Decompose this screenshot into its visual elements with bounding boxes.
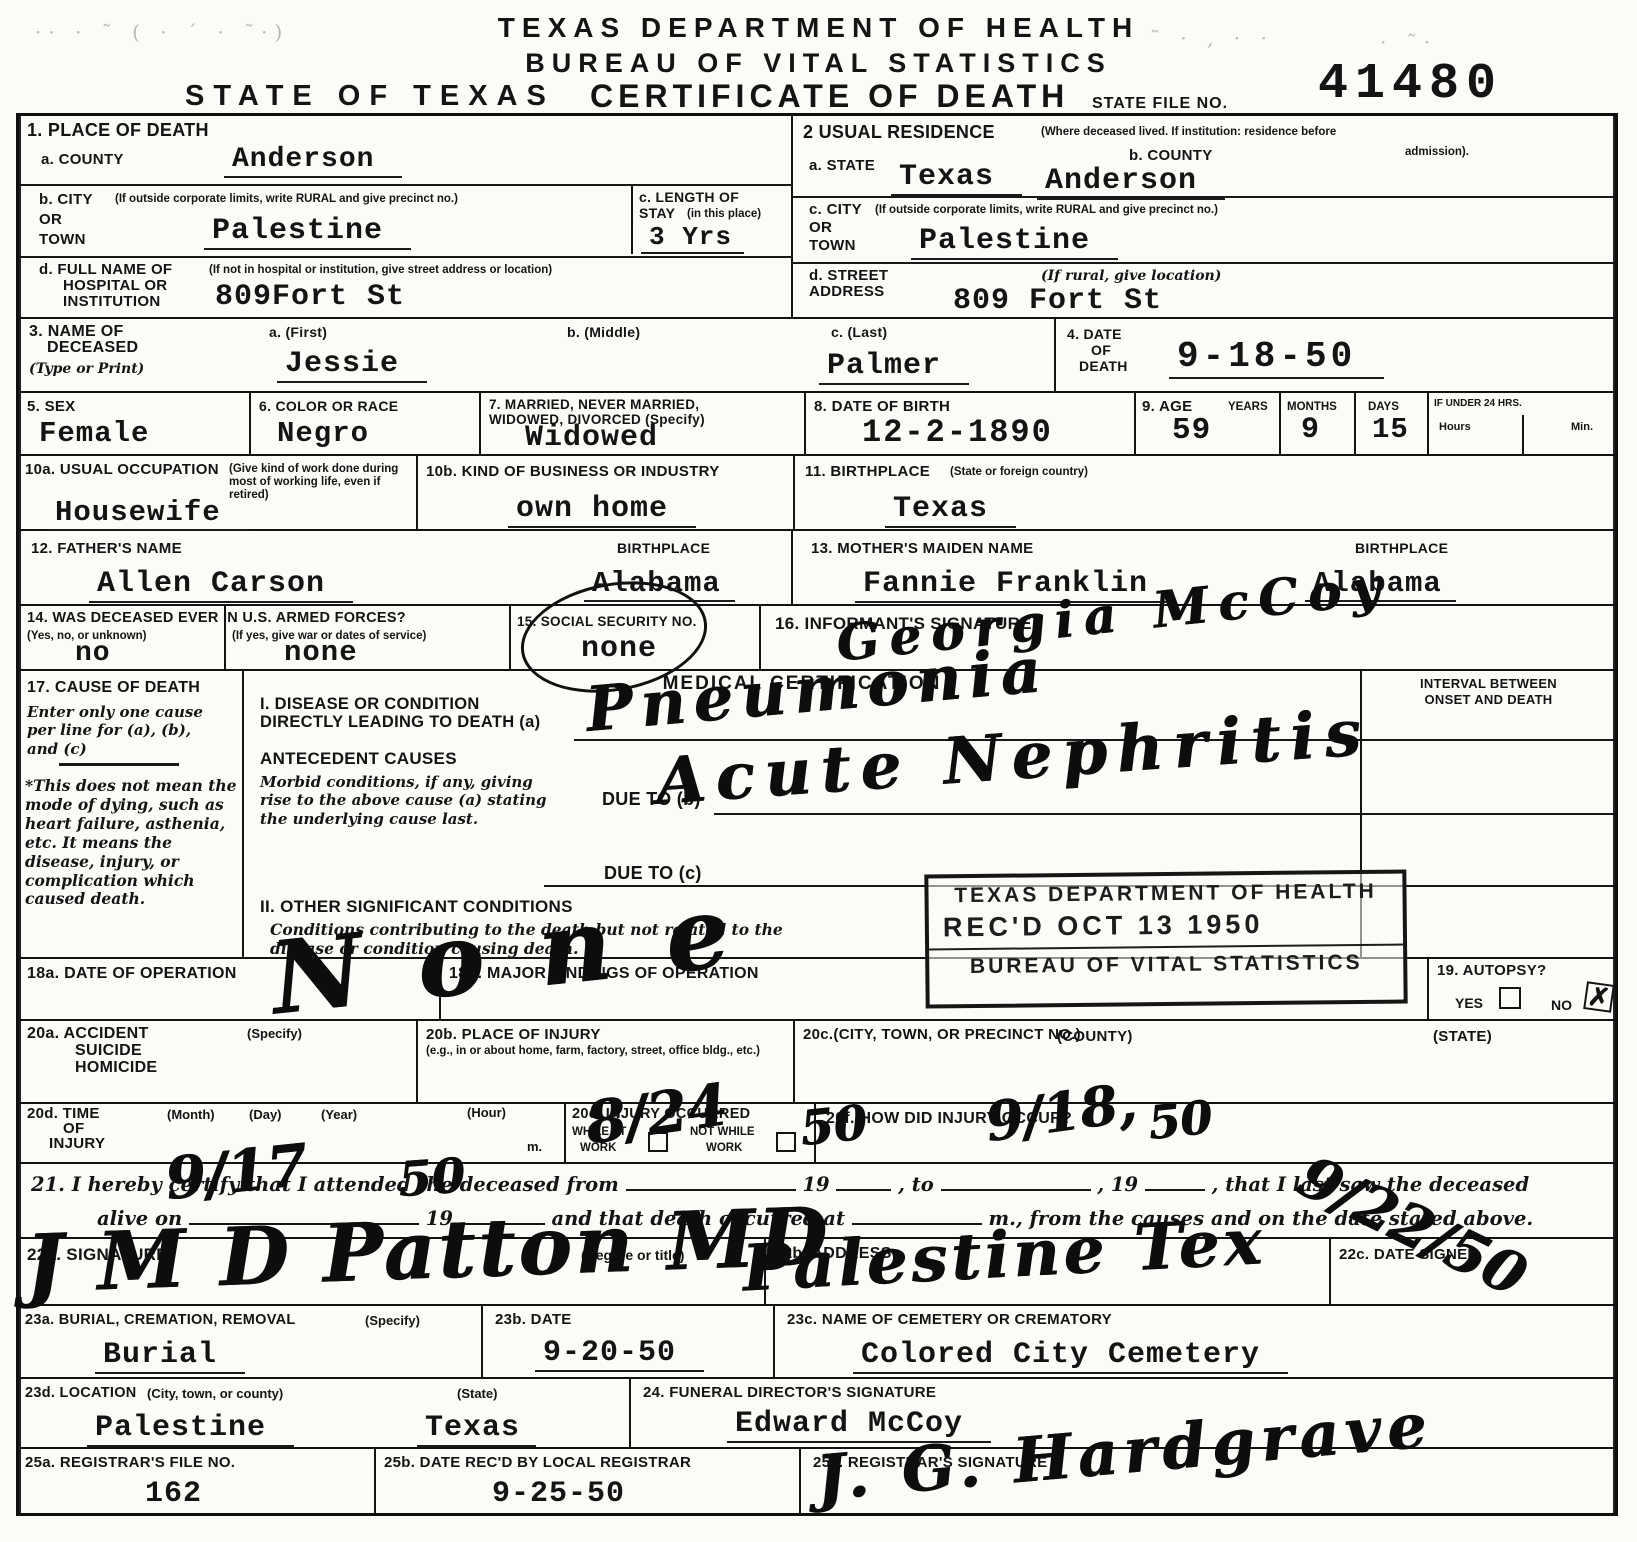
burial-specify-note: (Specify)	[365, 1314, 420, 1329]
row-time-of-injury: 20d. TIME OF INJURY (Month) (Day) (Year)…	[19, 1104, 1615, 1164]
burial-location-field: 23d. LOCATION (City, town, or county) (S…	[19, 1379, 629, 1447]
pod-stay-label1: c. LENGTH OF	[639, 190, 739, 206]
autopsy-no-checkbox: ✗	[1583, 981, 1615, 1013]
under24-hours-label: Hours	[1439, 421, 1471, 434]
date-signed-label: 22c. DATE SIGNED	[1339, 1247, 1479, 1264]
row-certification-statement: 21. I hereby certify that I attended the…	[19, 1164, 1615, 1239]
place-of-injury-note: (e.g., in or about home, farm, factory, …	[426, 1045, 776, 1058]
toi-label3: INJURY	[49, 1136, 105, 1153]
father-birthplace-label: BIRTHPLACE	[617, 541, 710, 557]
date-of-operation-field: 18a. DATE OF OPERATION	[19, 959, 439, 1019]
mother-birthplace-value: Alabama	[1305, 569, 1456, 602]
mother-birthplace-label: BIRTHPLACE	[1355, 541, 1448, 557]
father-label: 12. FATHER'S NAME	[31, 541, 182, 558]
res-street-note: (If rural, give location)	[1041, 268, 1221, 285]
res-town-label: TOWN	[809, 238, 856, 255]
registrar-date-field: 25b. DATE REC'D BY LOCAL REGISTRAR 9-25-…	[374, 1449, 799, 1513]
race-label: 6. COLOR OR RACE	[259, 399, 398, 415]
ssn-value: none	[573, 634, 685, 666]
cause-of-death-note-column: 17. CAUSE OF DEATH Enter only one cause …	[19, 671, 244, 957]
burial-date-value: 9-20-50	[535, 1338, 704, 1372]
physician-address-field: 22b. ADDRESS	[764, 1239, 1329, 1304]
how-injury-field: 20f. HOW DID INJURY OCCUR?	[814, 1104, 1615, 1162]
cert-text-1: 21. I hereby certify that I attended the…	[31, 1173, 619, 1196]
sex-label: 5. SEX	[27, 399, 76, 416]
autopsy-yes-label: YES	[1455, 995, 1483, 1011]
not-while-work-checkbox	[776, 1132, 796, 1152]
usual-residence-section: 2 USUAL RESIDENCE (Where deceased lived.…	[793, 116, 1615, 317]
toi-hour-label: (Hour)	[467, 1106, 506, 1121]
industry-label: 10b. KIND OF BUSINESS OR INDUSTRY	[426, 464, 720, 481]
accident-label2: SUICIDE	[75, 1042, 142, 1060]
registrar-signature-label: 25c. REGISTRAR'S SIGNATURE	[813, 1455, 1047, 1472]
cert-text-8: and that death occurred at	[552, 1207, 845, 1230]
agency-name-line1: TEXAS DEPARTMENT OF HEALTH	[0, 12, 1637, 44]
interval-label1: INTERVAL BETWEEN	[1362, 677, 1615, 692]
ssn-field: 15. SOCIAL SECURITY NO. none	[509, 606, 759, 669]
cert-text-9: m., from the causes and on the date stat…	[989, 1207, 1534, 1230]
place-of-death-section: 1. PLACE OF DEATH a. COUNTY Anderson b. …	[19, 116, 793, 317]
autopsy-field: 19. AUTOPSY? YES NO ✗	[1427, 959, 1615, 1019]
place-of-injury-field: 20b. PLACE OF INJURY (e.g., in or about …	[416, 1021, 793, 1102]
age-days-field: DAYS 15	[1354, 393, 1427, 454]
marital-value: Widowed	[517, 423, 686, 455]
name-label2: DECEASED	[47, 339, 138, 357]
informant-label: 16. INFORMANT'S SIGNATURE	[775, 614, 1032, 633]
form-title: CERTIFICATE OF DEATH	[590, 78, 1069, 115]
due-to-b-label: DUE TO (b)	[602, 789, 701, 809]
state-file-no-value: 41480	[1318, 56, 1503, 113]
dob-field: 8. DATE OF BIRTH 12-2-1890	[804, 393, 1134, 454]
age-months-field: MONTHS 9	[1279, 393, 1354, 454]
sex-field: 5. SEX Female	[19, 393, 249, 454]
not-while-work-label: WORK	[706, 1142, 742, 1155]
ssn-label: 15. SOCIAL SECURITY NO.	[517, 614, 697, 629]
cause-of-death-line1: Enter only one cause per line for (a), (…	[27, 703, 227, 758]
age-years-field: 9. AGE YEARS 59	[1134, 393, 1279, 454]
date-signed-field: 22c. DATE SIGNED	[1329, 1239, 1615, 1304]
cert-text-7: 19	[426, 1207, 453, 1230]
state-of-texas-label: STATE OF TEXAS	[185, 80, 555, 113]
cert-text-2: 19	[802, 1173, 829, 1196]
injury-occurred-field: 20e. INJURY OCCURRED WHILE AT WORK NOT W…	[564, 1104, 814, 1162]
mother-label: 13. MOTHER'S MAIDEN NAME	[811, 541, 1033, 558]
while-at-label: WHILE AT	[572, 1126, 626, 1139]
autopsy-yes-checkbox	[1499, 987, 1521, 1009]
injury-location-field: 20c.(CITY, TOWN, OR PRECINCT NO.) (COUNT…	[793, 1021, 1615, 1102]
pod-town-label: TOWN	[39, 232, 86, 249]
location-state-note: (State)	[457, 1387, 497, 1402]
cert-blank-alive-yr	[460, 1206, 545, 1225]
birthplace-field: 11. BIRTHPLACE (State or foreign country…	[793, 456, 1615, 529]
accident-specify-note: (Specify)	[247, 1027, 302, 1042]
age-years-label: YEARS	[1228, 401, 1268, 414]
res-city-note: (If outside corporate limits, write RURA…	[875, 204, 1395, 217]
toi-day-label: (Day)	[249, 1108, 282, 1123]
marital-label1: 7. MARRIED, NEVER MARRIED,	[489, 397, 699, 412]
how-injury-label: 20f. HOW DID INJURY OCCUR?	[826, 1110, 1072, 1128]
pod-hospital-note: (If not in hospital or institution, give…	[209, 264, 749, 277]
row-burial: 23a. BURIAL, CREMATION, REMOVAL (Specify…	[19, 1306, 1615, 1379]
age-years-value: 59	[1164, 415, 1239, 448]
pod-stay-note: (in this place)	[687, 208, 761, 221]
name-label3: (Type or Print)	[29, 361, 144, 378]
birthplace-note: (State or foreign country)	[950, 466, 1088, 479]
armed-forces-value: no	[67, 640, 139, 670]
autopsy-no-label: NO	[1551, 997, 1572, 1013]
residence-note1: (Where deceased lived. If institution: r…	[1041, 126, 1336, 139]
while-at-work-checkbox	[648, 1132, 668, 1152]
pod-county-value: Anderson	[224, 146, 402, 178]
dod-value: 9-18-50	[1169, 339, 1384, 379]
pod-city-note: (If outside corporate limits, write RURA…	[115, 193, 585, 206]
occupation-field: 10a. USUAL OCCUPATION (Give kind of work…	[19, 456, 416, 529]
occupation-value: Housewife	[47, 498, 249, 531]
stamp-line1: TEXAS DEPARTMENT OF HEALTH	[928, 880, 1402, 909]
certification-statement: 21. I hereby certify that I attended the…	[19, 1164, 1615, 1237]
other-conditions-label: II. OTHER SIGNIFICANT CONDITIONS	[260, 897, 573, 916]
location-city-value: Palestine	[87, 1413, 294, 1447]
name-last-value: Palmer	[819, 351, 969, 385]
cause-of-death-label: 17. CAUSE OF DEATH	[27, 679, 200, 697]
name-middle-label: b. (Middle)	[567, 325, 640, 341]
location-state-value: Texas	[417, 1413, 536, 1447]
address-label: 22b. ADDRESS	[774, 1245, 892, 1263]
disease-label1: I. DISEASE OR CONDITION	[260, 695, 480, 713]
res-county-value: Anderson	[1037, 166, 1225, 200]
death-certificate-page: ·· · ˜ ( · ´ · ˜·) ˜ · , · · · ˜· TEXAS …	[0, 0, 1637, 1542]
res-street-label2: ADDRESS	[809, 284, 884, 301]
burial-label: 23a. BURIAL, CREMATION, REMOVAL	[25, 1312, 296, 1328]
row-physician-signature: 22a. SIGNATURE (Degree or title) 22b. AD…	[19, 1239, 1615, 1306]
funeral-director-field: 24. FUNERAL DIRECTOR'S SIGNATURE Edward …	[629, 1379, 1615, 1447]
cemetery-field: 23c. NAME OF CEMETERY OR CREMATORY Color…	[773, 1306, 1615, 1377]
father-birthplace-value: Alabama	[584, 569, 735, 602]
father-field: 12. FATHER'S NAME BIRTHPLACE Allen Carso…	[19, 531, 793, 604]
race-value: Negro	[269, 419, 397, 450]
accident-field: 20a. ACCIDENT SUICIDE HOMICIDE (Specify)	[19, 1021, 416, 1102]
under24-label: IF UNDER 24 HRS.	[1434, 398, 1522, 410]
res-city-label: c. CITY	[809, 202, 862, 219]
row-name-dod: 3. NAME OF DECEASED (Type or Print) a. (…	[19, 319, 1615, 393]
dob-value: 12-2-1890	[854, 417, 1081, 451]
burial-date-label: 23b. DATE	[495, 1312, 572, 1329]
burial-field: 23a. BURIAL, CREMATION, REMOVAL (Specify…	[19, 1306, 481, 1377]
antecedent-label: ANTECEDENT CAUSES	[260, 749, 457, 768]
place-of-death-title: 1. PLACE OF DEATH	[27, 120, 209, 140]
toi-month-label: (Month)	[167, 1108, 215, 1123]
father-value: Allen Carson	[89, 569, 353, 603]
funeral-director-value: Edward McCoy	[727, 1409, 991, 1443]
mother-value: Fannie Franklin	[855, 569, 1176, 603]
signature-label: 22a. SIGNATURE	[27, 1245, 168, 1264]
cert-blank-to-yr	[1145, 1172, 1205, 1191]
cause-of-death-note: *This does not mean the mode of dying, s…	[25, 777, 237, 909]
name-first-value: Jessie	[277, 349, 427, 383]
res-city-value: Palestine	[911, 226, 1118, 260]
date-of-operation-label: 18a. DATE OF OPERATION	[27, 965, 237, 983]
physician-signature-field: 22a. SIGNATURE (Degree or title)	[19, 1239, 764, 1304]
due-to-c-label: DUE TO (c)	[604, 863, 702, 883]
pod-stay-label2: STAY	[639, 206, 675, 222]
burial-date-field: 23b. DATE 9-20-50	[481, 1306, 773, 1377]
registrar-file-value: 162	[137, 1479, 230, 1511]
accident-label1: 20a. ACCIDENT	[27, 1025, 149, 1043]
cemetery-label: 23c. NAME OF CEMETERY OR CREMATORY	[787, 1312, 1112, 1329]
row-place-residence: 1. PLACE OF DEATH a. COUNTY Anderson b. …	[19, 116, 1615, 319]
race-field: 6. COLOR OR RACE Negro	[249, 393, 479, 454]
other-conditions-note: Conditions contributing to the death but…	[270, 921, 810, 959]
injury-state-label: (STATE)	[1433, 1029, 1492, 1046]
res-or-label: OR	[809, 220, 832, 237]
cert-text-6: alive on	[97, 1207, 182, 1230]
dod-label2: OF	[1091, 343, 1111, 359]
residence-title: 2 USUAL RESIDENCE	[803, 122, 995, 142]
birthplace-value: Texas	[885, 494, 1016, 528]
autopsy-label: 19. AUTOPSY?	[1437, 963, 1546, 980]
pod-city-label: b. CITY	[39, 192, 93, 209]
while-work-label: WORK	[580, 1142, 616, 1155]
industry-value: own home	[508, 494, 696, 528]
informant-field: 16. INFORMANT'S SIGNATURE	[759, 606, 1615, 669]
armed-forces-label: 14. WAS DECEASED EVER IN U.S. ARMED FORC…	[27, 610, 406, 626]
marital-field: 7. MARRIED, NEVER MARRIED, WIDOWED, DIVO…	[479, 393, 804, 454]
toi-year-label: (Year)	[321, 1108, 357, 1123]
stamp-line3: BUREAU OF VITAL STATISTICS	[929, 944, 1403, 980]
age-months-value: 9	[1293, 415, 1348, 447]
occupation-note: (Give kind of work done during most of w…	[229, 463, 407, 503]
mother-field: 13. MOTHER'S MAIDEN NAME BIRTHPLACE Fann…	[793, 531, 1615, 604]
pod-county-label: a. COUNTY	[41, 152, 124, 169]
cert-text-3: , to	[898, 1173, 934, 1196]
accident-label3: HOMICIDE	[75, 1059, 157, 1077]
medical-certification-title: MEDICAL CERTIFICATION	[244, 673, 1360, 694]
cert-blank-from-yr	[836, 1172, 891, 1191]
under24-min-label: Min.	[1571, 421, 1593, 434]
injury-city-label: 20c.(CITY, TOWN, OR PRECINCT NO.)	[803, 1027, 1081, 1044]
name-first-label: a. (First)	[269, 325, 327, 341]
registrar-date-label: 25b. DATE REC'D BY LOCAL REGISTRAR	[384, 1455, 691, 1472]
time-of-injury-field: 20d. TIME OF INJURY (Month) (Day) (Year)…	[19, 1104, 564, 1162]
res-state-label: a. STATE	[809, 158, 875, 175]
res-street-value: 809 Fort St	[945, 286, 1190, 318]
row-accident: 20a. ACCIDENT SUICIDE HOMICIDE (Specify)…	[19, 1021, 1615, 1104]
major-findings-label: 18b. MAJOR FINDINGS OF OPERATION	[449, 965, 759, 983]
injury-occurred-label: 20e. INJURY OCCURRED	[572, 1106, 750, 1122]
certificate-form: 1. PLACE OF DEATH a. COUNTY Anderson b. …	[16, 113, 1618, 1516]
interval-label2: ONSET AND DEATH	[1362, 693, 1615, 708]
funeral-director-label: 24. FUNERAL DIRECTOR'S SIGNATURE	[643, 1385, 936, 1402]
dod-label3: DEATH	[1079, 359, 1128, 375]
location-label: 23d. LOCATION	[25, 1385, 137, 1401]
disease-label2: DIRECTLY LEADING TO DEATH (a)	[260, 713, 540, 731]
cert-text-5: , that I last saw the deceased	[1212, 1173, 1529, 1196]
burial-value: Burial	[95, 1340, 245, 1374]
toi-m-label: m.	[527, 1140, 542, 1155]
pod-or-label: OR	[39, 212, 62, 229]
registrar-date-value: 9-25-50	[484, 1479, 653, 1511]
cert-blank-occurred	[852, 1206, 982, 1225]
age-days-value: 15	[1364, 415, 1437, 446]
cert-blank-from	[626, 1172, 796, 1191]
name-last-label: c. (Last)	[831, 325, 887, 341]
registrar-signature-field: 25c. REGISTRAR'S SIGNATURE	[799, 1449, 1615, 1513]
place-of-injury-label: 20b. PLACE OF INJURY	[426, 1027, 601, 1044]
occupation-label: 10a. USUAL OCCUPATION	[25, 462, 219, 479]
cert-blank-alive	[189, 1206, 419, 1225]
cemetery-value: Colored City Cemetery	[853, 1340, 1288, 1374]
row-sex-age: 5. SEX Female 6. COLOR OR RACE Negro 7. …	[19, 393, 1615, 456]
injury-county-label: (COUNTY)	[1057, 1029, 1133, 1046]
industry-field: 10b. KIND OF BUSINESS OR INDUSTRY own ho…	[416, 456, 793, 529]
row-registrar: 25a. REGISTRAR'S FILE NO. 162 25b. DATE …	[19, 1449, 1615, 1513]
sex-value: Female	[31, 419, 177, 450]
armed-forces-value2: none	[276, 638, 386, 669]
pod-city-value: Palestine	[204, 216, 411, 250]
row-parents: 12. FATHER'S NAME BIRTHPLACE Allen Carso…	[19, 531, 1615, 606]
row-occupation: 10a. USUAL OCCUPATION (Give kind of work…	[19, 456, 1615, 531]
cert-blank-to	[941, 1172, 1091, 1191]
cert-text-4: , 19	[1097, 1173, 1138, 1196]
not-while-label: NOT WHILE	[690, 1126, 755, 1139]
res-state-value: Texas	[891, 162, 1022, 196]
res-county-label: b. COUNTY	[1129, 148, 1213, 165]
row-location-funeral: 23d. LOCATION (City, town, or county) (S…	[19, 1379, 1615, 1449]
location-note: (City, town, or county)	[147, 1387, 283, 1402]
received-stamp: TEXAS DEPARTMENT OF HEALTH REC'D OCT 13 …	[924, 869, 1407, 1008]
dod-label1: 4. DATE	[1067, 327, 1122, 343]
birthplace-label: 11. BIRTHPLACE	[805, 464, 930, 481]
stamp-line2: REC'D OCT 13 1950	[929, 908, 1403, 944]
antecedent-note: Morbid conditions, if any, giving rise t…	[260, 773, 560, 828]
age-under24-field: IF UNDER 24 HRS. Hours Min.	[1427, 393, 1615, 454]
pod-stay-value: 3 Yrs	[641, 224, 744, 254]
state-file-no-label: STATE FILE NO.	[1092, 95, 1228, 113]
name-section: 3. NAME OF DECEASED (Type or Print) a. (…	[19, 319, 1615, 391]
registrar-file-label: 25a. REGISTRAR'S FILE NO.	[25, 1455, 235, 1472]
degree-title-note: (Degree or title)	[581, 1247, 684, 1263]
residence-note2: admission).	[1405, 146, 1469, 159]
pod-hospital-label3: INSTITUTION	[63, 294, 160, 311]
pod-hospital-value: 809Fort St	[207, 282, 433, 314]
registrar-file-field: 25a. REGISTRAR'S FILE NO. 162	[19, 1449, 374, 1513]
row-armed-ssn-informant: 14. WAS DECEASED EVER IN U.S. ARMED FORC…	[19, 606, 1615, 671]
